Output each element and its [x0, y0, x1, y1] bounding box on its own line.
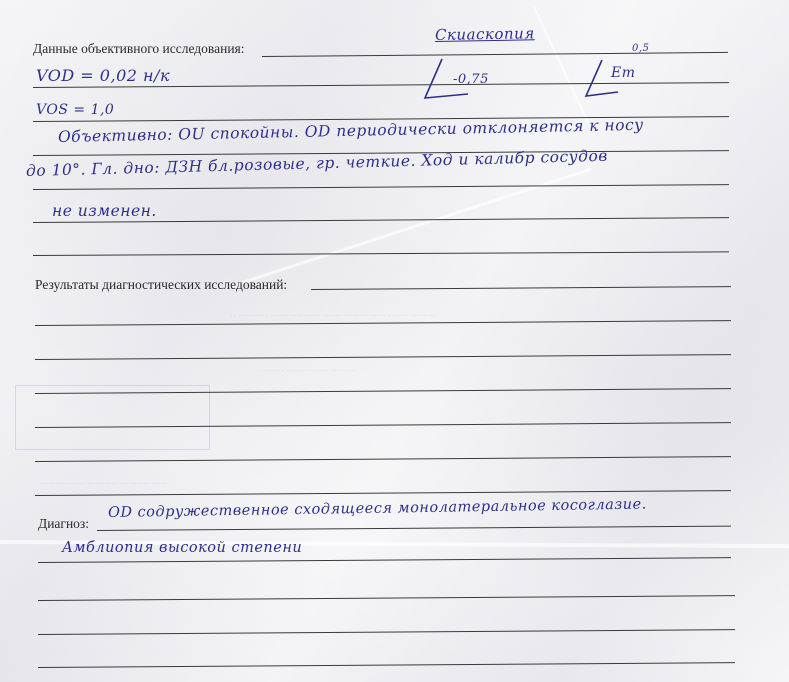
paper-background	[0, 0, 789, 682]
handwritten-skia-os: Em	[611, 65, 636, 81]
objective-exam-label: Данные объективного исследования:	[33, 41, 245, 57]
bleed-through-stamp	[15, 385, 210, 450]
bleed-through-text: ·· ··· ······ ······ ·········· ······ ·…	[230, 310, 435, 320]
handwritten-vod: VOD = 0,02 н/к	[36, 66, 170, 85]
handwritten-diagnosis-line-2: Амблиопия высокой степени	[62, 540, 302, 556]
handwritten-skiascopy: Скиаскопия	[435, 24, 535, 44]
diagnosis-label: Диагноз:	[38, 516, 89, 532]
handwritten-skia-od: -0,75	[453, 72, 489, 87]
diagnostic-results-label: Результаты диагностических исследований:	[35, 277, 287, 293]
handwritten-vos: VOS = 1,0	[36, 102, 114, 118]
angle-mark-icon	[580, 56, 630, 106]
handwritten-objective-line-3: не изменен.	[52, 202, 157, 220]
bleed-through-text: ········ ·············· ········	[260, 365, 355, 375]
bleed-through-text: ·········· ···· ·········· ··· ······ ··…	[40, 478, 166, 488]
handwritten-skia-os-super: 0,5	[632, 43, 649, 54]
